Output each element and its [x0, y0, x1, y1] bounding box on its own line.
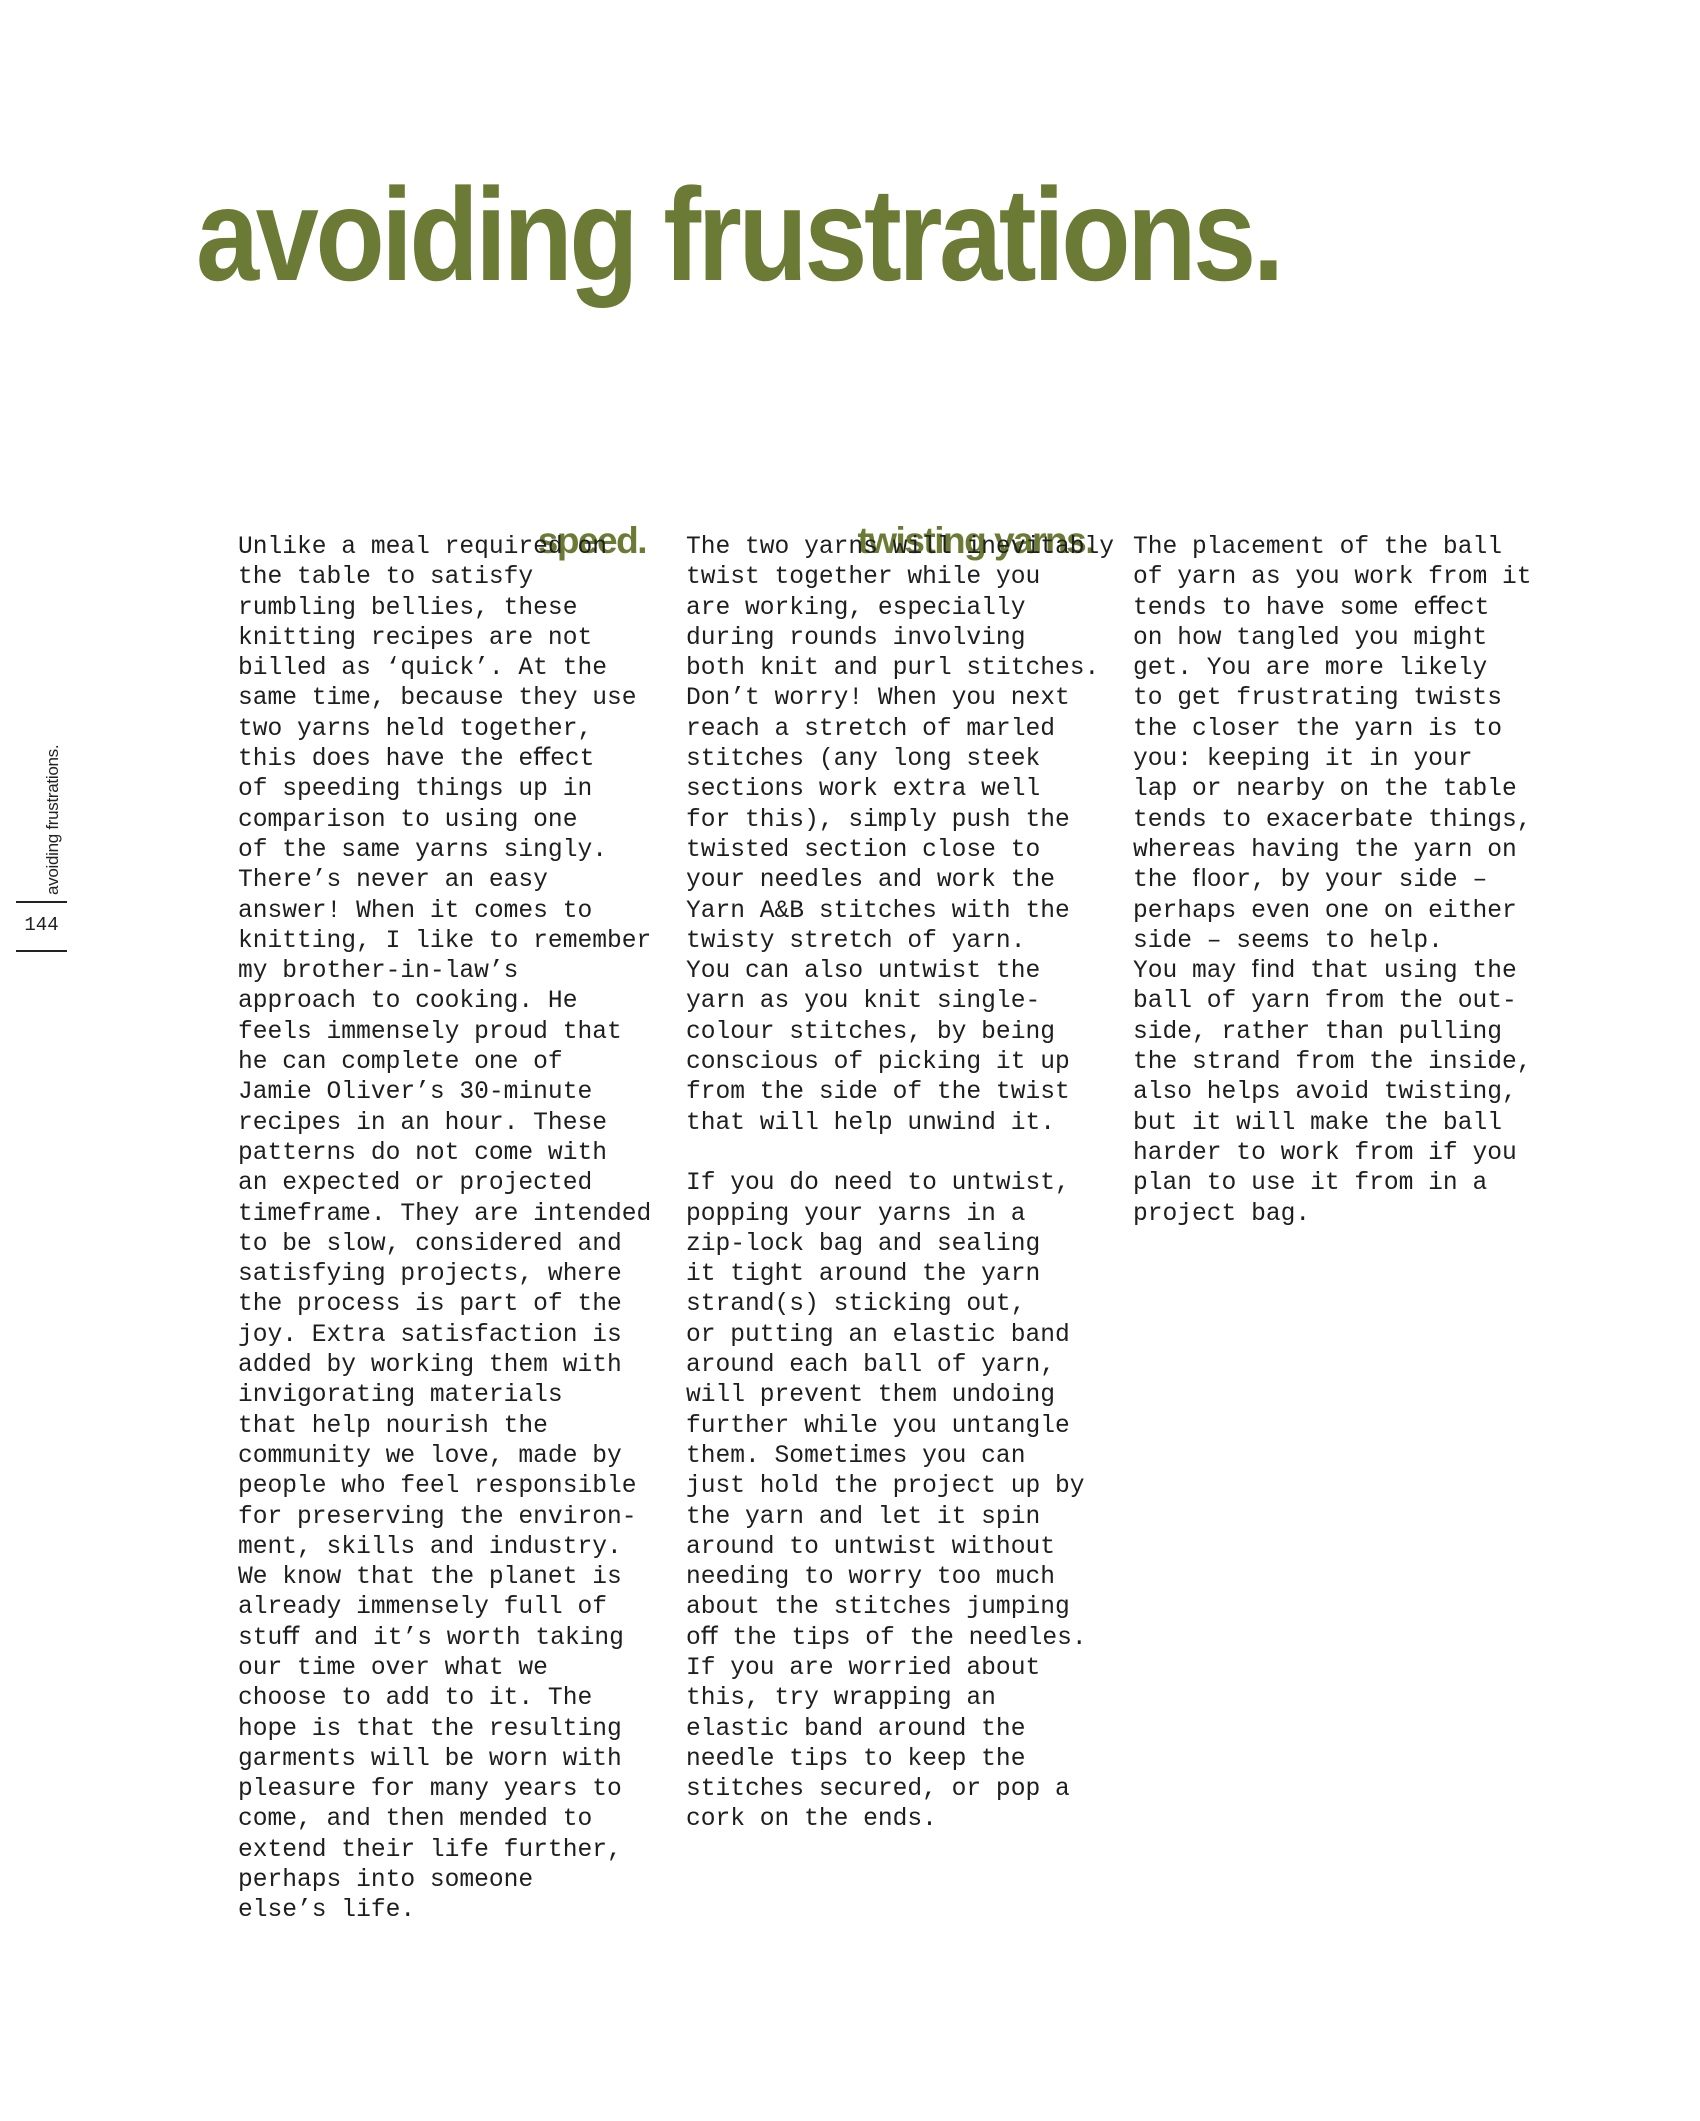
text-line: else’s life. [238, 1896, 651, 1926]
text-line: feels immensely proud that [238, 1018, 651, 1048]
text-line: needing to worry too much [686, 1563, 1114, 1593]
text-line: just hold the project up by [686, 1472, 1114, 1502]
text-line: side – seems to help. [1133, 927, 1531, 957]
text-line: ball of yarn from the out- [1133, 987, 1531, 1017]
text-line: sections work extra well [686, 775, 1114, 805]
text-line: pleasure for many years to [238, 1775, 651, 1805]
text-line: knitting, I like to remember [238, 927, 651, 957]
text-line: colour stitches, by being [686, 1018, 1114, 1048]
text-line: patterns do not come with [238, 1139, 651, 1169]
text-line: twisty stretch of yarn. [686, 927, 1114, 957]
text-line: same time, because they use [238, 684, 651, 714]
text-line: perhaps even one on either [1133, 897, 1531, 927]
text-line: Jamie Oliver’s 30-minute [238, 1078, 651, 1108]
text-line: for this), simply push the [686, 806, 1114, 836]
text-line: stuﬀ and it’s worth taking [238, 1624, 651, 1654]
page-title: avoiding frustrations. [196, 160, 1281, 310]
text-line: cork on the ends. [686, 1805, 1114, 1835]
text-line: timeframe. They are intended [238, 1200, 651, 1230]
text-line [686, 1139, 1114, 1169]
divider [16, 950, 67, 952]
text-line: the strand from the inside, [1133, 1048, 1531, 1078]
text-line: already immensely full of [238, 1593, 651, 1623]
text-line: perhaps into someone [238, 1866, 651, 1896]
text-line: of speeding things up in [238, 775, 651, 805]
running-header: avoiding frustrations. [44, 745, 62, 895]
text-line: joy. Extra satisfaction is [238, 1321, 651, 1351]
text-line: reach a stretch of marled [686, 715, 1114, 745]
divider [16, 901, 67, 903]
text-line: whereas having the yarn on [1133, 836, 1531, 866]
text-line: Don’t worry! When you next [686, 684, 1114, 714]
text-line: you: keeping it in your [1133, 745, 1531, 775]
text-line: If you are worried about [686, 1654, 1114, 1684]
text-line: popping your yarns in a [686, 1200, 1114, 1230]
text-line: my brother-in-law’s [238, 957, 651, 987]
text-line: garments will be worn with [238, 1745, 651, 1775]
text-line: added by working them with [238, 1351, 651, 1381]
text-line: knitting recipes are not [238, 624, 651, 654]
text-line: around to untwist without [686, 1533, 1114, 1563]
text-line: get. You are more likely [1133, 654, 1531, 684]
text-line: ment, skills and industry. [238, 1533, 651, 1563]
text-line: yarn as you knit single- [686, 987, 1114, 1017]
text-line: satisfying projects, where [238, 1260, 651, 1290]
text-line: will prevent them undoing [686, 1381, 1114, 1411]
text-line: oﬀ the tips of the needles. [686, 1624, 1114, 1654]
text-line: If you do need to untwist, [686, 1169, 1114, 1199]
text-line: for preserving the environ- [238, 1503, 651, 1533]
text-line: comparison to using one [238, 806, 651, 836]
text-line: You may ﬁnd that using the [1133, 957, 1531, 987]
text-line: the process is part of the [238, 1290, 651, 1320]
text-line: he can complete one of [238, 1048, 651, 1078]
text-line: during rounds involving [686, 624, 1114, 654]
section-body-speed: Unlike a meal required onthe table to sa… [238, 533, 651, 1927]
text-line: the closer the yarn is to [1133, 715, 1531, 745]
text-line: elastic band around the [686, 1715, 1114, 1745]
text-line: billed as ‘quick’. At the [238, 654, 651, 684]
text-line: it tight around the yarn [686, 1260, 1114, 1290]
text-line: from the side of the twist [686, 1078, 1114, 1108]
text-line: twist together while you [686, 563, 1114, 593]
text-line: Unlike a meal required on [238, 533, 651, 563]
text-line: side, rather than pulling [1133, 1018, 1531, 1048]
text-line: recipes in an hour. These [238, 1109, 651, 1139]
text-line: We know that the planet is [238, 1563, 651, 1593]
text-line: that will help unwind it. [686, 1109, 1114, 1139]
text-line: stitches secured, or pop a [686, 1775, 1114, 1805]
text-line: tends to exacerbate things, [1133, 806, 1531, 836]
text-line: community we love, made by [238, 1442, 651, 1472]
text-line: them. Sometimes you can [686, 1442, 1114, 1472]
text-line: our time over what we [238, 1654, 651, 1684]
section-body-twisting-yarns: The two yarns will inevitablytwist toget… [686, 533, 1114, 1836]
text-line: tends to have some eﬀect [1133, 594, 1531, 624]
text-line: zip-lock bag and sealing [686, 1230, 1114, 1260]
text-line: also helps avoid twisting, [1133, 1078, 1531, 1108]
text-line: answer! When it comes to [238, 897, 651, 927]
text-line: The placement of the ball [1133, 533, 1531, 563]
text-line: of yarn as you work from it [1133, 563, 1531, 593]
text-line: this does have the eﬀect [238, 745, 651, 775]
text-line: are working, especially [686, 594, 1114, 624]
text-line: rumbling bellies, these [238, 594, 651, 624]
text-line: choose to add to it. The [238, 1684, 651, 1714]
text-line: the yarn and let it spin [686, 1503, 1114, 1533]
text-line: lap or nearby on the table [1133, 775, 1531, 805]
text-line: to get frustrating twists [1133, 684, 1531, 714]
text-line: project bag. [1133, 1200, 1531, 1230]
text-line: invigorating materials [238, 1381, 651, 1411]
text-line: Yarn A&B stitches with the [686, 897, 1114, 927]
text-line: further while you untangle [686, 1412, 1114, 1442]
text-line: approach to cooking. He [238, 987, 651, 1017]
text-line: people who feel responsible [238, 1472, 651, 1502]
text-line: conscious of picking it up [686, 1048, 1114, 1078]
text-line: on how tangled you might [1133, 624, 1531, 654]
text-line: of the same yarns singly. [238, 836, 651, 866]
text-line: this, try wrapping an [686, 1684, 1114, 1714]
text-line: both knit and purl stitches. [686, 654, 1114, 684]
text-line: an expected or projected [238, 1169, 651, 1199]
page-number: 144 [16, 913, 67, 937]
text-line: The two yarns will inevitably [686, 533, 1114, 563]
text-line: plan to use it from in a [1133, 1169, 1531, 1199]
text-line: but it will make the ball [1133, 1109, 1531, 1139]
text-line: about the stitches jumping [686, 1593, 1114, 1623]
text-line: twisted section close to [686, 836, 1114, 866]
text-line: extend their life further, [238, 1836, 651, 1866]
text-line: the table to satisfy [238, 563, 651, 593]
text-line: needle tips to keep the [686, 1745, 1114, 1775]
text-line: to be slow, considered and [238, 1230, 651, 1260]
text-line: stitches (any long steek [686, 745, 1114, 775]
text-line: around each ball of yarn, [686, 1351, 1114, 1381]
text-line: the ﬂoor, by your side – [1133, 866, 1531, 896]
text-line: harder to work from if you [1133, 1139, 1531, 1169]
text-line: your needles and work the [686, 866, 1114, 896]
text-line: two yarns held together, [238, 715, 651, 745]
text-line: There’s never an easy [238, 866, 651, 896]
text-line: or putting an elastic band [686, 1321, 1114, 1351]
text-line: You can also untwist the [686, 957, 1114, 987]
text-line: strand(s) sticking out, [686, 1290, 1114, 1320]
section-body-ball-placement: The placement of the ballof yarn as you … [1133, 533, 1531, 1230]
text-line: that help nourish the [238, 1412, 651, 1442]
text-line: come, and then mended to [238, 1805, 651, 1835]
text-line: hope is that the resulting [238, 1715, 651, 1745]
